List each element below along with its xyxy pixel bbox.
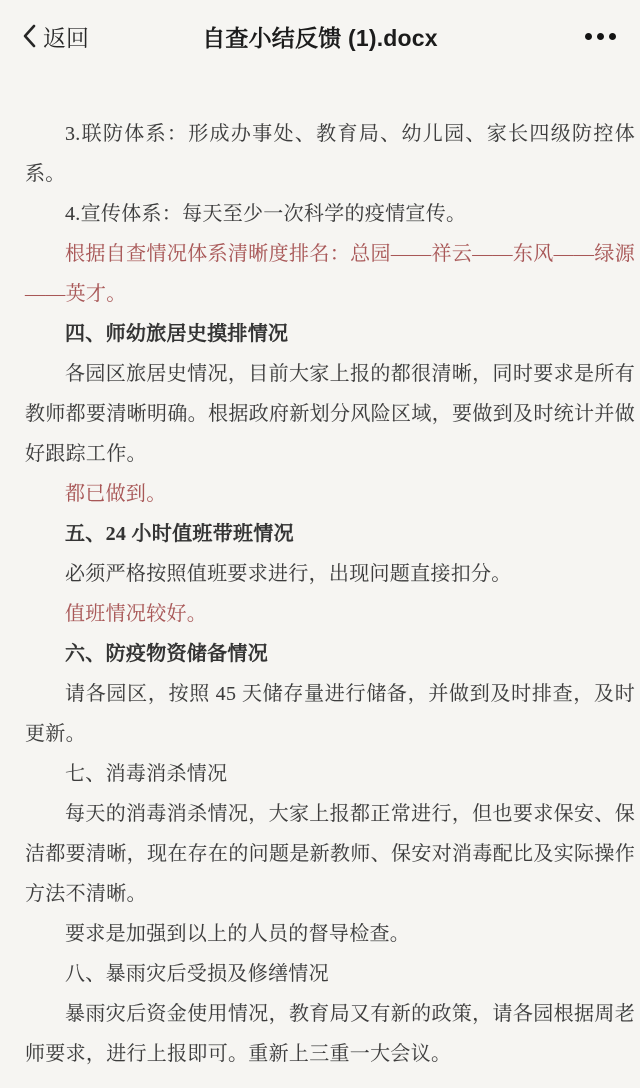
doc-section-heading: 五、24 小时值班带班情况 [25, 514, 635, 554]
doc-paragraph: 必须严格按照值班要求进行，出现问题直接扣分。 [25, 554, 635, 594]
doc-paragraph: 每天的消毒消杀情况，大家上报都正常进行，但也要求保安、保洁都要清晰，现在存在的问… [25, 794, 635, 914]
doc-paragraph: 要求是加强到以上的人员的督导检查。 [25, 914, 635, 954]
doc-paragraph: 请各园区，按照 45 天储存量进行储备，并做到及时排查，及时更新。 [25, 674, 635, 754]
more-ellipsis-icon [585, 33, 592, 40]
document-scroll-area[interactable]: 3.联防体系：形成办事处、教育局、幼儿园、家长四级防控体系。4.宣传体系：每天至… [0, 72, 640, 1088]
doc-feedback-text: 值班情况较好。 [25, 594, 635, 634]
doc-paragraph: 3.联防体系：形成办事处、教育局、幼儿园、家长四级防控体系。 [25, 114, 635, 194]
doc-feedback-text: 根据自查情况体系清晰度排名：总园——祥云——东风——绿源——英才。 [25, 234, 635, 314]
doc-paragraph: 暴雨灾后资金使用情况，教育局又有新的政策，请各园根据周老师要求，进行上报即可。重… [25, 994, 635, 1074]
doc-section-heading: 六、防疫物资储备情况 [25, 634, 635, 674]
more-ellipsis-icon [609, 33, 616, 40]
chevron-left-icon [22, 24, 36, 48]
back-label: 返回 [43, 20, 89, 53]
doc-feedback-text: 都已做到。 [25, 474, 635, 514]
page-title: 自查小结反馈 (1).docx [0, 20, 640, 53]
more-button[interactable] [583, 23, 618, 50]
more-ellipsis-icon [597, 33, 604, 40]
document-content: 3.联防体系：形成办事处、教育局、幼儿园、家长四级防控体系。4.宣传体系：每天至… [25, 114, 635, 1074]
back-button[interactable]: 返回 [22, 20, 89, 53]
doc-section-heading: 四、师幼旅居史摸排情况 [25, 314, 635, 354]
doc-paragraph: 4.宣传体系：每天至少一次科学的疫情宣传。 [25, 194, 635, 234]
doc-paragraph: 各园区旅居史情况，目前大家上报的都很清晰，同时要求是所有教师都要清晰明确。根据政… [25, 354, 635, 474]
doc-section-heading: 七、消毒消杀情况 [25, 754, 635, 794]
doc-section-heading: 八、暴雨灾后受损及修缮情况 [25, 954, 635, 994]
titlebar: 返回 自查小结反馈 (1).docx [0, 0, 640, 72]
